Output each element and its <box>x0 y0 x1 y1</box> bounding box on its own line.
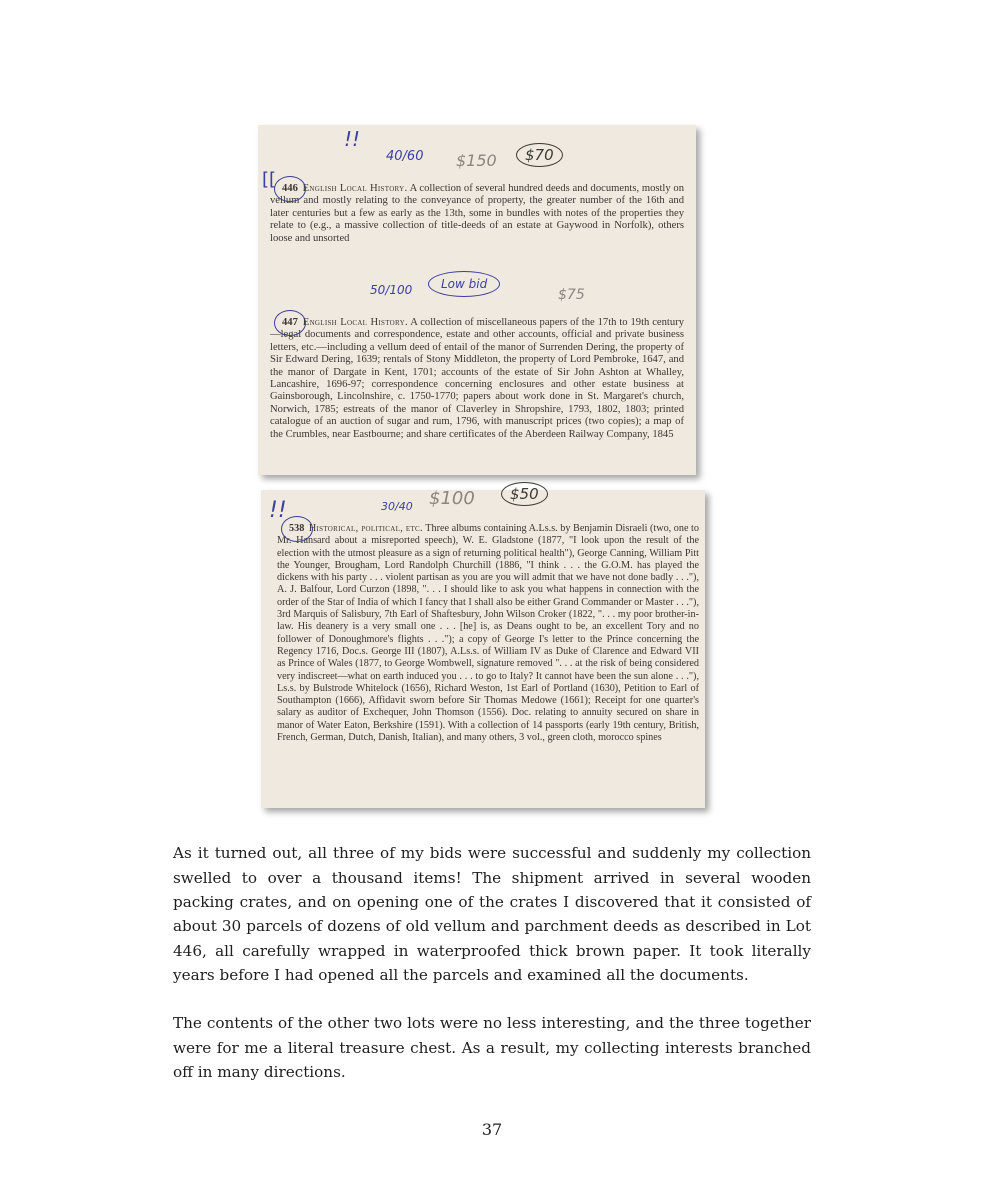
lot-description: Three albums containing A.Ls.s. by Benja… <box>277 523 699 743</box>
handwritten-note: Low bid <box>428 271 500 297</box>
lot-heading: English Local History. <box>303 317 408 328</box>
handwritten-bid: $100 <box>429 488 475 509</box>
handwritten-mark: !! <box>269 498 287 523</box>
lot-number: 447 <box>280 317 300 329</box>
catalog-clipping-lots-446-447: !! 40/60 $150 $70 [[ 446 English Local H… <box>258 125 696 475</box>
handwritten-price: $70 <box>516 143 563 167</box>
lot-number: 538 <box>287 523 306 535</box>
body-paragraph: The contents of the other two lots were … <box>173 1011 811 1084</box>
handwritten-price: $75 <box>558 287 585 303</box>
catalog-clipping-lot-538: !! 30/40 $100 $50 538 Historical, politi… <box>261 490 705 808</box>
body-paragraph: As it turned out, all three of my bids w… <box>173 841 811 987</box>
page-number: 37 <box>0 1120 984 1139</box>
handwritten-estimate: 50/100 <box>370 283 412 297</box>
lot-number: 446 <box>280 183 300 195</box>
handwritten-bid: $150 <box>456 151 497 170</box>
handwritten-estimate: 30/40 <box>381 500 413 513</box>
lot-heading: Historical, political, etc. <box>309 523 423 534</box>
handwritten-price: $50 <box>501 482 548 506</box>
lot-447-entry: 447 English Local History. A collection … <box>270 317 684 441</box>
handwritten-mark: !! <box>344 127 360 151</box>
handwritten-estimate: 40/60 <box>386 149 423 164</box>
lot-heading: English Local History. <box>303 183 408 194</box>
lot-description: A collection of miscellaneous papers of … <box>270 317 684 440</box>
lot-538-entry: 538 Historical, political, etc. Three al… <box>277 523 699 744</box>
lot-446-entry: 446 English Local History. A collection … <box>270 183 684 245</box>
